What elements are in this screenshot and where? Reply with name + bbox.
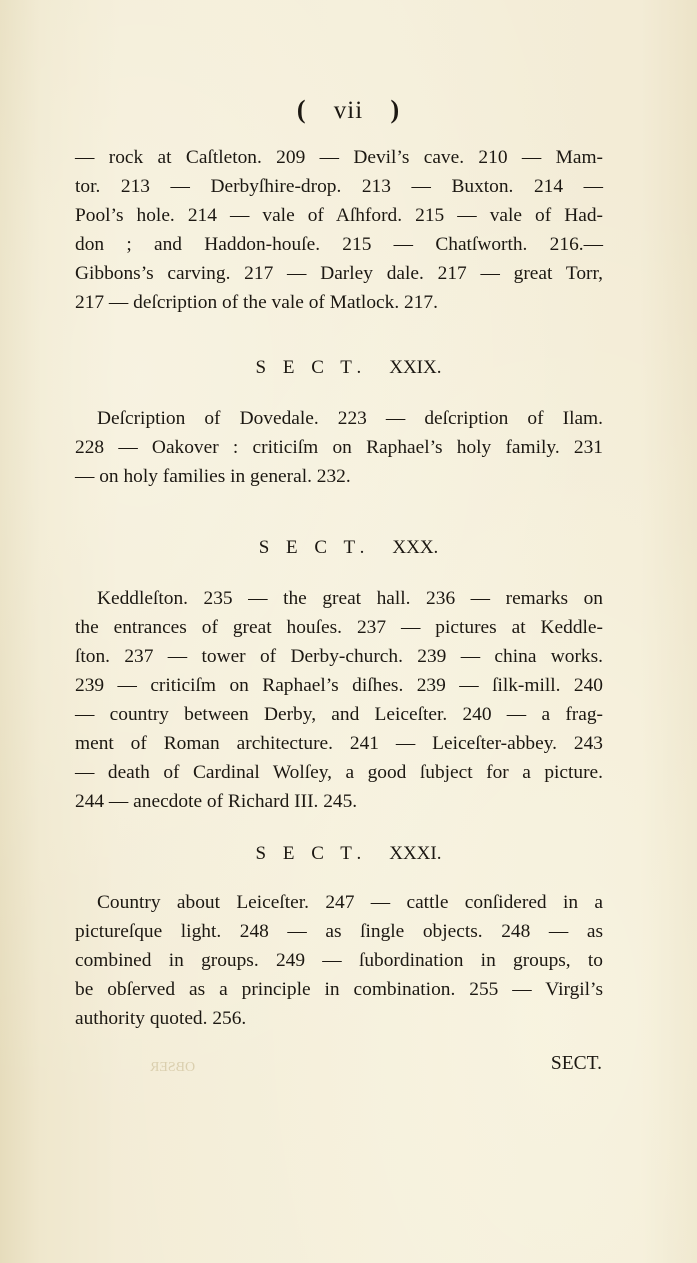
text-line: authority quoted. 256. [75,1004,603,1033]
section-label: S E C T. [256,843,368,864]
text-line: Country about Leiceſter. 247 — cattle co… [75,888,603,917]
text-line: be obſerved as a principle in combinatio… [75,975,603,1004]
section-label: S E C T. [256,357,368,378]
text-line: Pool’s hole. 214 — vale of Aſhford. 215 … [75,201,603,230]
section-numeral: XXIX. [389,357,441,378]
text-line: combined in groups. 249 — ſubordination … [75,946,603,975]
text-line: don ; and Haddon-houſe. 215 — Chatſworth… [75,230,603,259]
section-xxix-paragraph: Deſcription of Dovedale. 223 — deſcripti… [75,404,603,491]
text-line: — country between Derby, and Leiceſter. … [75,700,603,729]
text-line: ment of Roman architecture. 241 — Leiceſ… [75,729,603,758]
text-line: the entrances of great houſes. 237 — pic… [75,613,603,642]
catchword: SECT. [551,1053,602,1075]
text-line: 244 — anecdote of Richard III. 245. [75,787,603,816]
text-line: 239 — criticiſm on Raphael’s diſhes. 239… [75,671,603,700]
folio-close-paren: ) [390,95,400,124]
section-numeral: XXX. [392,537,438,558]
folio-roman-numeral: vii [334,97,363,124]
section-xxxi-paragraph: Country about Leiceſter. 247 — cattle co… [75,888,603,1033]
bleed-through-text: OBSER [150,1060,195,1076]
text-line: pictureſque light. 248 — as ſingle objec… [75,917,603,946]
text-line: tor. 213 — Derbyſhire-drop. 213 — Buxton… [75,172,603,201]
folio-open-paren: ( [297,95,307,124]
text-line: — rock at Caſtleton. 209 — Devil’s cave.… [75,143,603,172]
text-line: — on holy families in general. 232. [75,462,603,491]
text-line: ſton. 237 — tower of Derby-church. 239 —… [75,642,603,671]
text-line: Gibbons’s carving. 217 — Darley dale. 21… [75,259,603,288]
text-line: 217 — deſcription of the vale of Matlock… [75,288,603,317]
section-numeral: XXXI. [389,843,441,864]
section-heading-xxix: S E C T.XXIX. [0,357,697,379]
page-number: ( vii ) [0,95,697,125]
text-line: — death of Cardinal Wolſey, a good ſubje… [75,758,603,787]
section-heading-xxxi: S E C T.XXXI. [0,843,697,865]
section-xxx-paragraph: Keddleſton. 235 — the great hall. 236 — … [75,584,603,816]
section-label: S E C T. [259,537,371,558]
continuation-paragraph: — rock at Caſtleton. 209 — Devil’s cave.… [75,143,603,317]
text-line: Keddleſton. 235 — the great hall. 236 — … [75,584,603,613]
text-line: Deſcription of Dovedale. 223 — deſcripti… [75,404,603,433]
book-page: ( vii ) — rock at Caſtleton. 209 — Devil… [0,0,697,1263]
section-heading-xxx: S E C T.XXX. [0,537,697,559]
text-line: 228 — Oakover : criticiſm on Raphael’s h… [75,433,603,462]
